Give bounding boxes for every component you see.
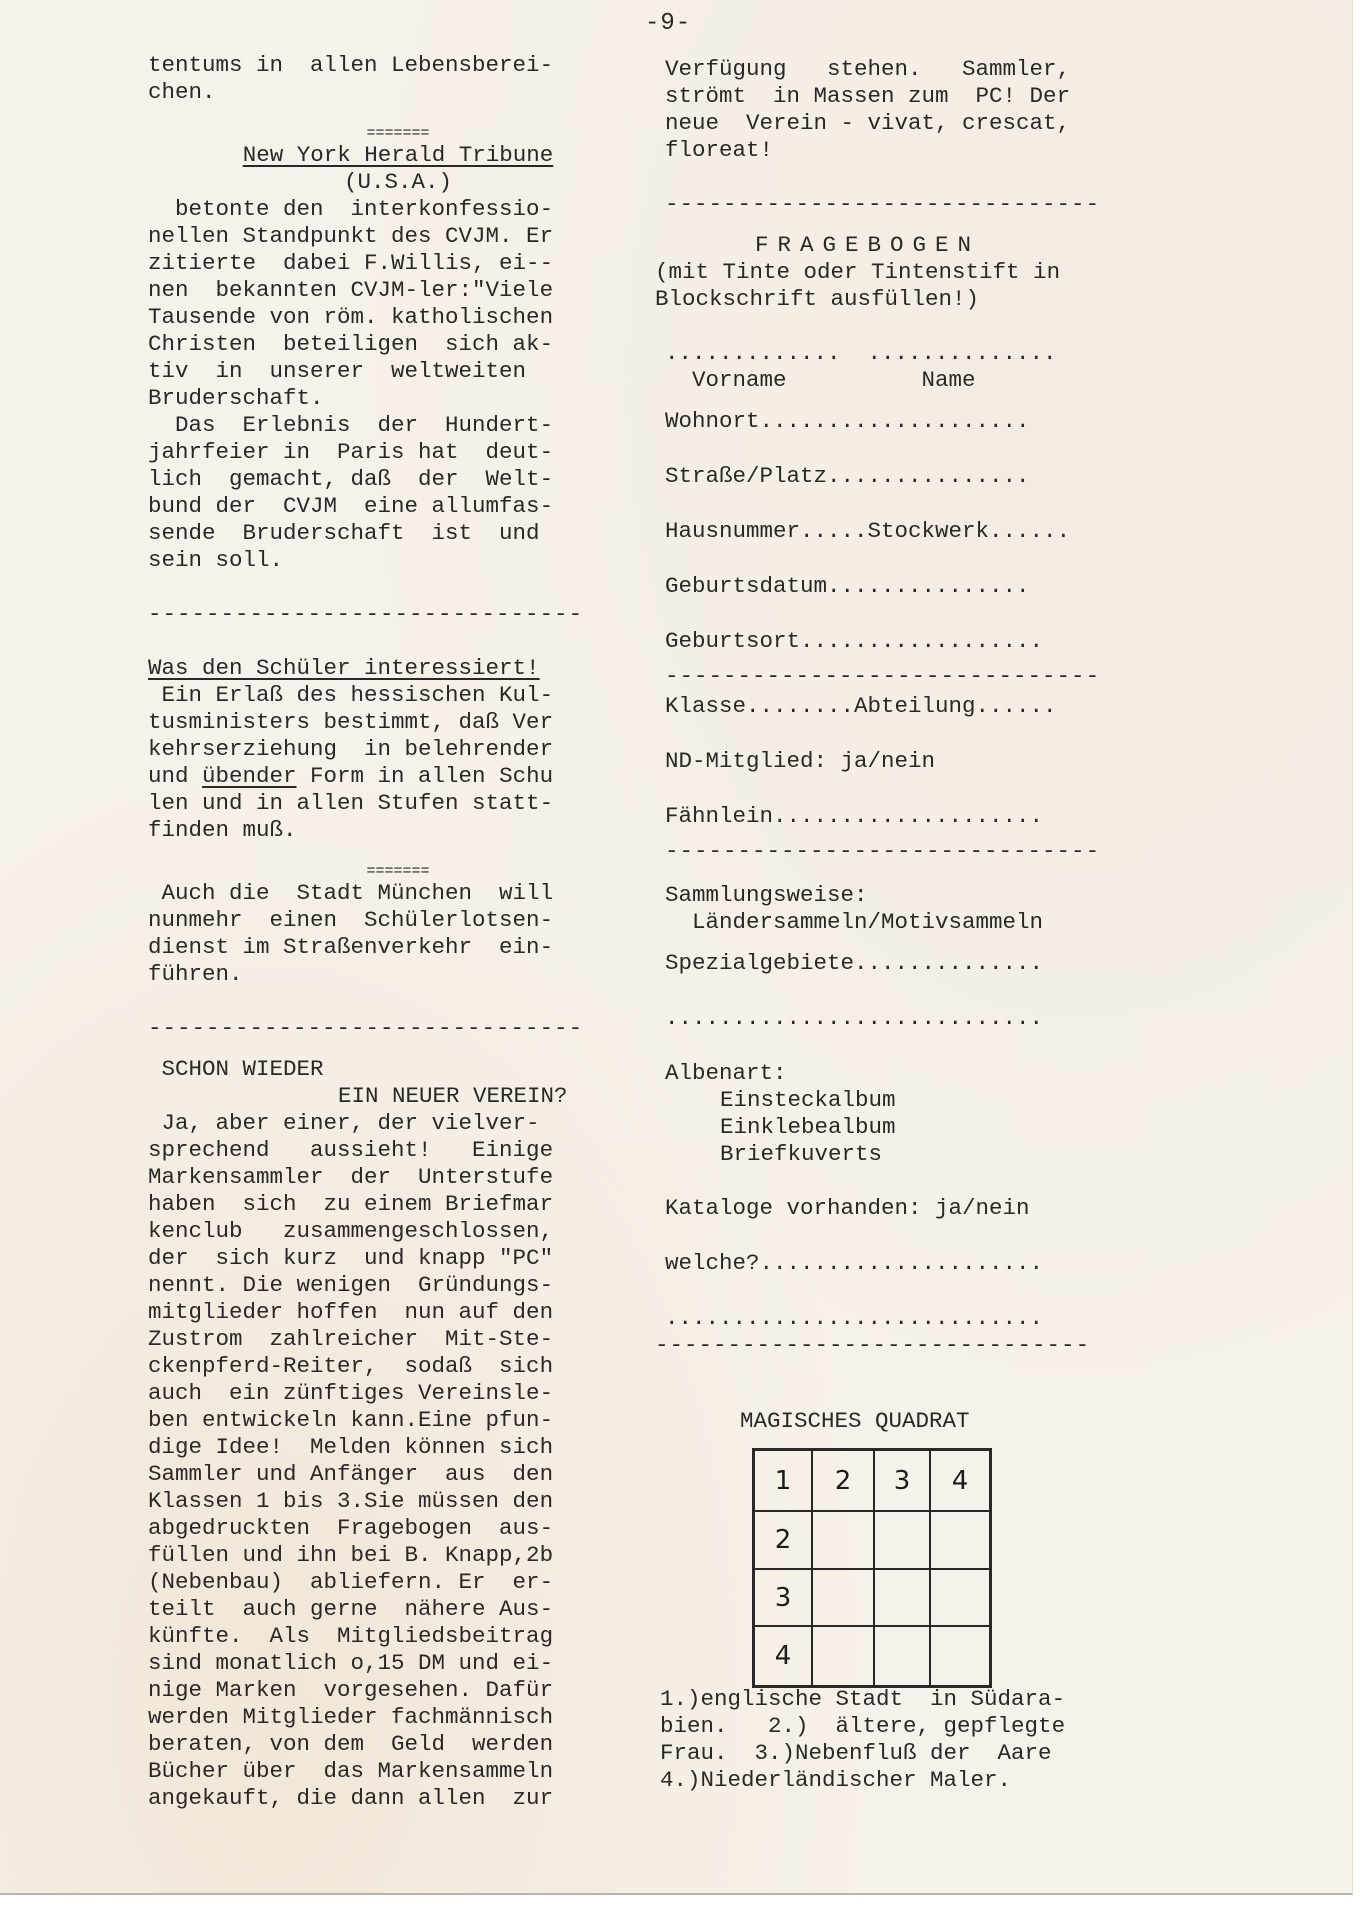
body-line: strömt in Massen zum PC! Der [665, 83, 1195, 110]
underlined-word: übender [202, 763, 297, 789]
grid-cell[interactable]: 4 [931, 1451, 989, 1512]
form-field[interactable]: Hausnummer.....Stockwerk...... [665, 518, 1195, 573]
clue-line: bien. 2.) ältere, gepflegte [660, 1713, 1200, 1740]
album-option[interactable]: Einklebealbum [720, 1114, 1195, 1141]
grid-cell[interactable]: 3 [875, 1451, 931, 1512]
body-line: sein soll. [148, 547, 648, 574]
body-line: Das Erlebnis der Hundert- [148, 412, 648, 439]
body-text: tentums in allen Lebensberei- [148, 52, 648, 79]
grid-cell[interactable]: 2 [755, 1512, 813, 1570]
album-option[interactable]: Briefkuverts [720, 1141, 1195, 1168]
body-text: chen. [148, 79, 648, 106]
article-heading: EIN NEUER VEREIN? [148, 1083, 648, 1110]
body-line: Zustrom zahlreicher Mit-Ste- [148, 1326, 648, 1353]
album-option[interactable]: Einsteckalbum [720, 1087, 1195, 1114]
form-fields: Wohnort....................Straße/Platz.… [665, 408, 1195, 683]
body-line: mitglieder hoffen nun auf den [148, 1299, 648, 1326]
body-line: tiv in unserer weltweiten [148, 358, 648, 385]
body-line: teilt auch gerne nähere Aus- [148, 1596, 648, 1623]
body-line: bund der CVJM eine allumfas- [148, 493, 648, 520]
divider-double: ======= [148, 120, 648, 142]
blank-dots-field[interactable]: ............................ [665, 1305, 1195, 1332]
magic-square: 1234234 [752, 1448, 992, 1686]
grid-cell[interactable] [813, 1570, 875, 1627]
grid-cell[interactable]: 4 [755, 1627, 813, 1685]
article-heading: Was den Schüler interessiert! [148, 655, 648, 682]
article-body: betonte den interkonfessio-nellen Standp… [148, 196, 648, 574]
blank-dots-field[interactable]: ............................ [665, 1005, 1195, 1060]
body-line: sind monatlich o,15 DM und ei- [148, 1650, 648, 1677]
body-line: Sammler und Anfänger aus den [148, 1461, 648, 1488]
body-line: len und in allen Stufen statt- [148, 790, 648, 817]
grid-cell[interactable]: 3 [755, 1570, 813, 1627]
body-line: sende Bruderschaft ist und [148, 520, 648, 547]
body-line: nellen Standpunkt des CVJM. Er [148, 223, 648, 250]
article-body: Ja, aber einer, der vielver-sprechend au… [148, 1110, 648, 1812]
body-line: beraten, von dem Geld werden [148, 1731, 648, 1758]
body-line: floreat! [665, 137, 1195, 164]
article-heading: New York Herald Tribune [148, 142, 648, 169]
puzzle-clues: 1.)englische Stadt in Südara-bien. 2.) ä… [660, 1686, 1200, 1794]
body-line: führen. [148, 961, 648, 988]
body-line: künfte. Als Mitgliedsbeitrag [148, 1623, 648, 1650]
grid-cell[interactable]: 2 [813, 1451, 875, 1512]
divider-double: ======= [148, 858, 648, 880]
body-line: nunmehr einen Schülerlotsen- [148, 907, 648, 934]
album-options: EinsteckalbumEinklebealbumBriefkuverts [665, 1087, 1195, 1168]
body-line: Ja, aber einer, der vielver- [148, 1110, 648, 1137]
body-line: tusministers bestimmt, daß Ver [148, 709, 648, 736]
article-subheading: (U.S.A.) [148, 169, 648, 196]
body-line: haben sich zu einem Briefmar [148, 1191, 648, 1218]
form-field[interactable]: Straße/Platz............... [665, 463, 1195, 518]
catalogs-field[interactable]: Kataloge vorhanden: ja/nein [665, 1195, 1195, 1250]
article-body: Ein Erlaß des hessischen Kul-tusminister… [148, 682, 648, 844]
body-line: und übender Form in allen Schu [148, 763, 648, 790]
body-line: füllen und ihn bei B. Knapp,2b [148, 1542, 648, 1569]
body-line: Tausende von röm. katholischen [148, 304, 648, 331]
name-field-dots[interactable]: ............. .............. [665, 340, 1195, 367]
grid-cell[interactable] [813, 1512, 875, 1570]
grid-cell[interactable] [875, 1512, 931, 1570]
body-line: betonte den interkonfessio- [148, 196, 648, 223]
divider-dashes: ------------------------------ [665, 191, 1195, 218]
body-line: der sich kurz und knapp "PC" [148, 1245, 648, 1272]
body-line: Markensammler der Unterstufe [148, 1164, 648, 1191]
body-line: auch ein zünftiges Vereinsle- [148, 1380, 648, 1407]
body-line: Klassen 1 bis 3.Sie müssen den [148, 1488, 648, 1515]
form-title: FRAGEBOGEN [665, 232, 1195, 259]
form-field[interactable]: Klasse........Abteilung...... [665, 693, 1195, 748]
body-line: werden Mitglieder fachmännisch [148, 1704, 648, 1731]
body-line: Verfügung stehen. Sammler, [665, 56, 1195, 83]
body-line: kenclub zusammengeschlossen, [148, 1218, 648, 1245]
body-line: sprechend aussieht! Einige [148, 1137, 648, 1164]
name-field-labels: Vorname Name [665, 367, 1195, 394]
clue-line: 1.)englische Stadt in Südara- [660, 1686, 1200, 1713]
body-line: ckenpferd-Reiter, sodaß sich [148, 1353, 648, 1380]
clue-line: Frau. 3.)Nebenfluß der Aare [660, 1740, 1200, 1767]
form-instructions: (mit Tinte oder Tintenstift in [655, 259, 1195, 286]
which-catalogs-field[interactable]: welche?..................... [665, 1250, 1195, 1305]
collection-label: Sammlungsweise: [665, 882, 1195, 909]
divider-dashes: ------------------------------ [665, 838, 1195, 868]
special-areas-field[interactable]: Spezialgebiete.............. [665, 950, 1195, 1005]
album-label: Albenart: [665, 1060, 1195, 1087]
body-line: abgedruckten Fragebogen aus- [148, 1515, 648, 1542]
right-column: Verfügung stehen. Sammler,strömt in Mass… [665, 56, 1195, 1359]
body-line: Auch die Stadt München will [148, 880, 648, 907]
article-body: Auch die Stadt München willnunmehr einen… [148, 880, 648, 988]
body-line: angekauft, die dann allen zur [148, 1785, 648, 1812]
body-line: neue Verein - vivat, crescat, [665, 110, 1195, 137]
clue-line: 4.)Niederländischer Maler. [660, 1767, 1200, 1794]
article-heading: SCHON WIEDER [148, 1056, 648, 1083]
form-instructions: Blockschrift ausfüllen!) [655, 286, 1195, 313]
body-line: nen bekannten CVJM-ler:"Viele [148, 277, 648, 304]
divider-dashes: ------------------------------ [148, 1015, 648, 1042]
grid-cell[interactable] [875, 1627, 931, 1685]
paper-page: -9- tentums in allen Lebensberei- chen. … [0, 0, 1353, 1895]
article-body: Verfügung stehen. Sammler,strömt in Mass… [665, 56, 1195, 164]
body-line: dienst im Straßenverkehr ein- [148, 934, 648, 961]
collection-options[interactable]: Ländersammeln/Motivsammeln [665, 909, 1195, 936]
body-line: dige Idee! Melden können sich [148, 1434, 648, 1461]
grid-cell[interactable] [813, 1627, 875, 1685]
form-field[interactable]: ND-Mitglied: ja/nein [665, 748, 1195, 803]
body-line: jahrfeier in Paris hat deut- [148, 439, 648, 466]
body-line: (Nebenbau) abliefern. Er er- [148, 1569, 648, 1596]
grid-cell[interactable] [931, 1512, 989, 1570]
body-line: lich gemacht, daß der Welt- [148, 466, 648, 493]
body-line: nennt. Die wenigen Gründungs- [148, 1272, 648, 1299]
body-line: kehrserziehung in belehrender [148, 736, 648, 763]
page-number: -9- [645, 10, 691, 37]
body-line: ben entwickeln kann.Eine pfun- [148, 1407, 648, 1434]
divider-dashes: ------------------------------ [665, 663, 1195, 693]
body-line: zitierte dabei F.Willis, ei-- [148, 250, 648, 277]
body-line: finden muß. [148, 817, 648, 844]
grid-cell[interactable] [931, 1570, 989, 1627]
grid-cell[interactable] [931, 1627, 989, 1685]
grid-cell[interactable]: 1 [755, 1451, 813, 1512]
body-line: Ein Erlaß des hessischen Kul- [148, 682, 648, 709]
form-field[interactable]: Geburtsdatum............... [665, 573, 1195, 628]
body-line: Bruderschaft. [148, 385, 648, 412]
left-column: tentums in allen Lebensberei- chen. ====… [148, 52, 648, 1812]
body-line: Christen beteiligen sich ak- [148, 331, 648, 358]
grid-cell[interactable] [875, 1570, 931, 1627]
body-line: nige Marken vorgesehen. Dafür [148, 1677, 648, 1704]
puzzle-title: MAGISCHES QUADRAT [740, 1408, 970, 1434]
divider-dashes: ------------------------------ [655, 1332, 1195, 1359]
body-line: Bücher über das Markensammeln [148, 1758, 648, 1785]
form-fields: Klasse........Abteilung......ND-Mitglied… [665, 693, 1195, 858]
divider-dashes: ------------------------------ [148, 601, 648, 628]
form-field[interactable]: Wohnort.................... [665, 408, 1195, 463]
